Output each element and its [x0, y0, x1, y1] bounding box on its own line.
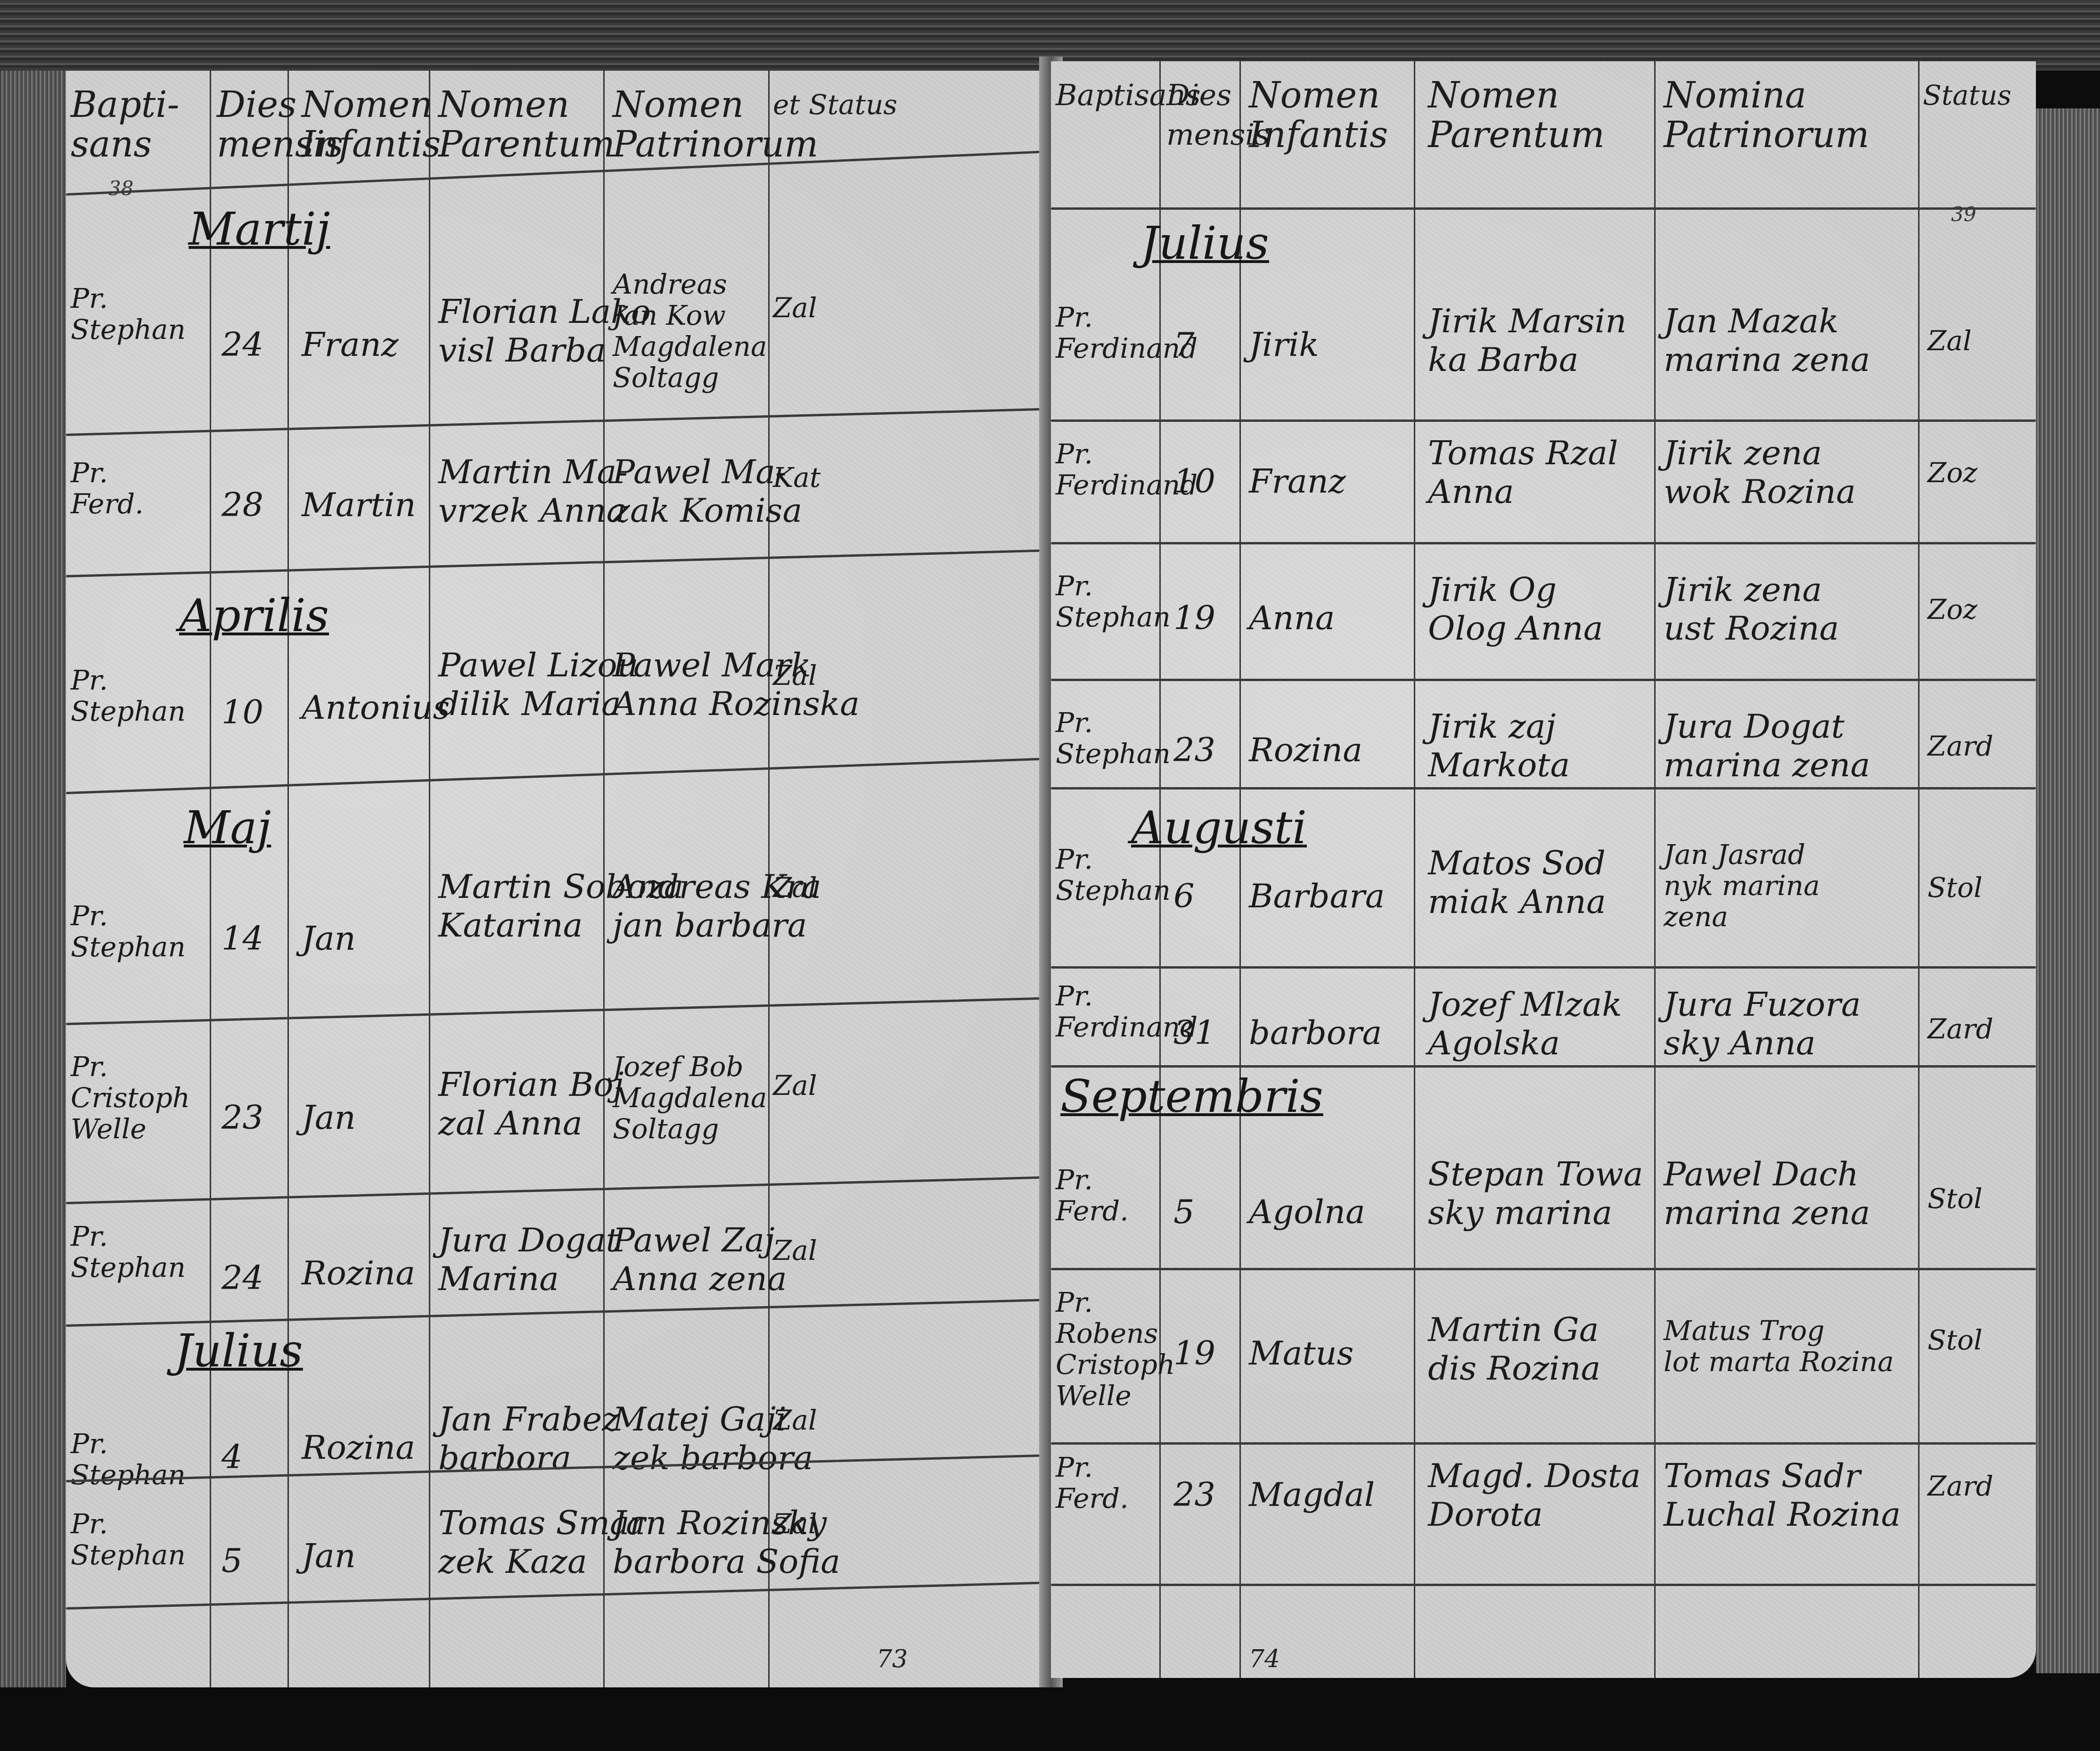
entry-status: Zoz	[1928, 457, 1977, 488]
page-number: 73	[877, 1645, 908, 1673]
month-heading: Septembris	[1060, 1070, 1323, 1123]
entry-parents: Jirik Og Olog Anna	[1428, 570, 1603, 648]
entry-status: Zard	[1928, 731, 1993, 762]
entry-status: Stol	[1928, 1324, 1983, 1356]
entry-status: Kat	[773, 462, 820, 493]
entry-godparents: Jan Jasrad nyk marina zena	[1664, 839, 1820, 932]
header-status: et Status	[773, 85, 897, 124]
right-page: Baptisans Dies mensis Nomen Infantis Nom…	[1051, 61, 2036, 1678]
entry-infant: Barbara	[1249, 877, 1385, 915]
entry-parents: Martin Ma- vrzek Anna	[438, 452, 628, 530]
entry-parents: Tomas Rzal Anna	[1428, 434, 1618, 511]
entry-status: Stol	[1928, 1183, 1983, 1214]
entry-infant: Anna	[1249, 599, 1335, 637]
row-divider	[66, 757, 1050, 794]
right-fore-edge	[2036, 108, 2100, 1673]
entry-godparents: Pawel Zaj Anna zena	[613, 1221, 787, 1298]
entry-godparents: Jan Mazak marina zena	[1664, 302, 1870, 379]
entry-day: 4	[221, 1438, 243, 1476]
column-divider	[1918, 61, 1920, 1678]
entry-parents: Jirik zaj Markota	[1428, 707, 1570, 784]
entry-infant: Antonius	[302, 688, 450, 727]
entry-day: 19	[1173, 599, 1215, 637]
entry-status: Zard	[1928, 1471, 1993, 1502]
entry-infant: Jan	[302, 1098, 356, 1137]
entry-parents: Florian Boj zal Anna	[438, 1065, 623, 1143]
entry-day: 14	[221, 919, 263, 958]
entry-baptisans: Pr. Stephan	[1056, 844, 1171, 906]
entry-infant: Franz	[1249, 462, 1346, 501]
row-divider	[66, 1299, 1050, 1327]
column-divider	[210, 71, 211, 1687]
row-divider	[66, 1176, 1050, 1204]
entry-parents: Jirik Marsin ka Barba	[1428, 302, 1626, 379]
entry-godparents: Tomas Sadr Luchal Rozina	[1664, 1456, 1901, 1534]
entry-infant: Franz	[302, 325, 399, 364]
column-divider	[1239, 61, 1241, 1678]
entry-parents: Pawel Lizou dilik Maria	[438, 646, 639, 723]
entry-godparents: Jirik zena wok Rozina	[1664, 434, 1856, 511]
entry-day: 10	[221, 693, 263, 732]
column-divider	[429, 71, 430, 1687]
entry-status: Zal	[773, 1235, 817, 1266]
entry-day: 5	[221, 1541, 243, 1580]
entry-baptisans: Pr. Cristoph Welle	[71, 1051, 190, 1144]
left-fore-edge	[0, 71, 66, 1687]
entry-parents: Stepan Towa sky marina	[1428, 1155, 1643, 1232]
entry-status: Zal	[773, 1405, 817, 1436]
month-heading: Aprilis	[179, 589, 329, 642]
folio-number: 39	[1951, 203, 1976, 226]
entry-godparents: Pawel Mark Anna Rozinska	[613, 646, 860, 723]
entry-day: 23	[1173, 1475, 1215, 1514]
row-divider	[66, 549, 1050, 577]
entry-infant: Agolna	[1249, 1192, 1365, 1231]
header-patrini: Nomina Patrinorum	[1664, 75, 1869, 155]
entry-baptisans: Pr. Ferd.	[1056, 1164, 1129, 1226]
entry-godparents: Jozef Bob Magdalena Soltagg	[613, 1051, 767, 1144]
folio-number: 38	[108, 177, 133, 200]
entry-parents: Matos Sod miak Anna	[1428, 844, 1606, 921]
entry-godparents: Jirik zena ust Rozina	[1664, 570, 1839, 648]
header-infans: Nomen Infantis	[302, 85, 441, 164]
entry-infant: barbora	[1249, 1013, 1382, 1052]
entry-day: 31	[1173, 1013, 1215, 1052]
header-parentes: Nomen Parentum	[1428, 75, 1605, 155]
entry-status: Zal	[773, 660, 817, 691]
entry-status: Zal	[773, 1070, 817, 1101]
entry-infant: Rozina	[302, 1254, 415, 1292]
entry-status: Zal	[1928, 325, 1971, 356]
entry-baptisans: Pr. Stephan	[71, 900, 186, 962]
entry-infant: Rozina	[302, 1428, 415, 1467]
entry-godparents: Andreas Jan Kow Magdalena Soltagg	[613, 269, 767, 393]
entry-parents: Jan Frabez barbora	[438, 1400, 619, 1477]
entry-infant: Jan	[302, 1537, 356, 1575]
header-infans: Nomen Infantis	[1249, 75, 1388, 155]
entry-godparents: Matus Trog lot marta Rozina	[1664, 1315, 1894, 1377]
entry-baptisans: Pr. Stephan	[1056, 707, 1171, 769]
header-baptisans: Bapti- sans	[71, 85, 179, 164]
entry-day: 7	[1173, 325, 1195, 364]
row-divider	[1051, 542, 2036, 544]
entry-godparents: Jura Fuzora sky Anna	[1664, 985, 1861, 1062]
month-heading: Martij	[189, 203, 330, 255]
row-divider	[1051, 679, 2036, 681]
entry-infant: Matus	[1249, 1334, 1354, 1373]
row-divider	[1051, 1268, 2036, 1270]
entry-baptisans: Pr. Stephan	[71, 1221, 186, 1283]
entry-day: 19	[1173, 1334, 1215, 1373]
row-divider	[66, 1581, 1050, 1610]
entry-day: 24	[221, 1258, 263, 1297]
entry-day: 23	[221, 1098, 263, 1137]
row-divider	[1051, 419, 2036, 422]
entry-infant: Jirik	[1249, 325, 1319, 364]
entry-day: 28	[221, 485, 263, 524]
row-divider	[1051, 1065, 2036, 1068]
entry-baptisans: Pr. Stephan	[71, 283, 186, 345]
entry-baptisans: Pr. Stephan	[71, 1508, 186, 1570]
entry-day: 6	[1173, 877, 1195, 915]
entry-status: Stol	[1928, 872, 1983, 903]
entry-godparents: Jura Dogat marina zena	[1664, 707, 1870, 784]
left-page: Bapti- sans Dies mensis Nomen Infantis N…	[66, 71, 1051, 1687]
row-divider	[1051, 787, 2036, 789]
entry-day: 23	[1173, 731, 1215, 769]
entry-parents: Jozef Mlzak Agolska	[1428, 985, 1622, 1062]
entry-day: 24	[221, 325, 263, 364]
page-number: 74	[1249, 1645, 1280, 1673]
entry-baptisans: Pr. Robens Cristoph Welle	[1056, 1287, 1175, 1411]
month-heading: Julius	[174, 1324, 303, 1377]
entry-baptisans: Pr. Stephan	[71, 665, 186, 727]
row-divider	[1051, 1442, 2036, 1445]
entry-baptisans: Pr. Stephan	[1056, 570, 1171, 633]
entry-status: Zard	[1928, 1013, 1993, 1044]
row-divider	[66, 408, 1050, 436]
entry-infant: Jan	[302, 919, 356, 958]
header-parentes: Nomen Parentum	[438, 85, 615, 164]
column-divider	[1414, 61, 1415, 1678]
entry-parents: Martin Ga dis Rozina	[1428, 1310, 1600, 1388]
entry-infant: Rozina	[1249, 731, 1362, 769]
entry-status: Zoz	[1928, 594, 1977, 625]
entry-status: Zal	[773, 292, 817, 323]
entry-baptisans: Pr. Ferd.	[1056, 1452, 1129, 1514]
header-status: Status	[1923, 75, 2011, 115]
month-heading: Julius	[1140, 217, 1269, 270]
row-divider	[1051, 1584, 2036, 1586]
entry-parents: Jura Dogat Marina	[438, 1221, 619, 1298]
row-divider	[66, 997, 1050, 1025]
entry-baptisans: Pr. Ferd.	[71, 457, 144, 519]
entry-infant: Martin	[302, 485, 416, 524]
entry-status: Zal	[773, 1508, 817, 1539]
entry-day: 10	[1173, 462, 1215, 501]
column-divider	[1654, 61, 1656, 1678]
row-divider	[1051, 966, 2036, 969]
entry-infant: Magdal	[1249, 1475, 1375, 1514]
entry-godparents: Pawel Dach marina zena	[1664, 1155, 1870, 1232]
column-divider	[287, 71, 289, 1687]
entry-day: 5	[1173, 1192, 1195, 1231]
entry-parents: Magd. Dosta Dorota	[1428, 1456, 1641, 1534]
entry-status: Zal	[773, 872, 817, 903]
row-divider	[1051, 207, 2036, 210]
month-heading: Maj	[184, 801, 271, 854]
